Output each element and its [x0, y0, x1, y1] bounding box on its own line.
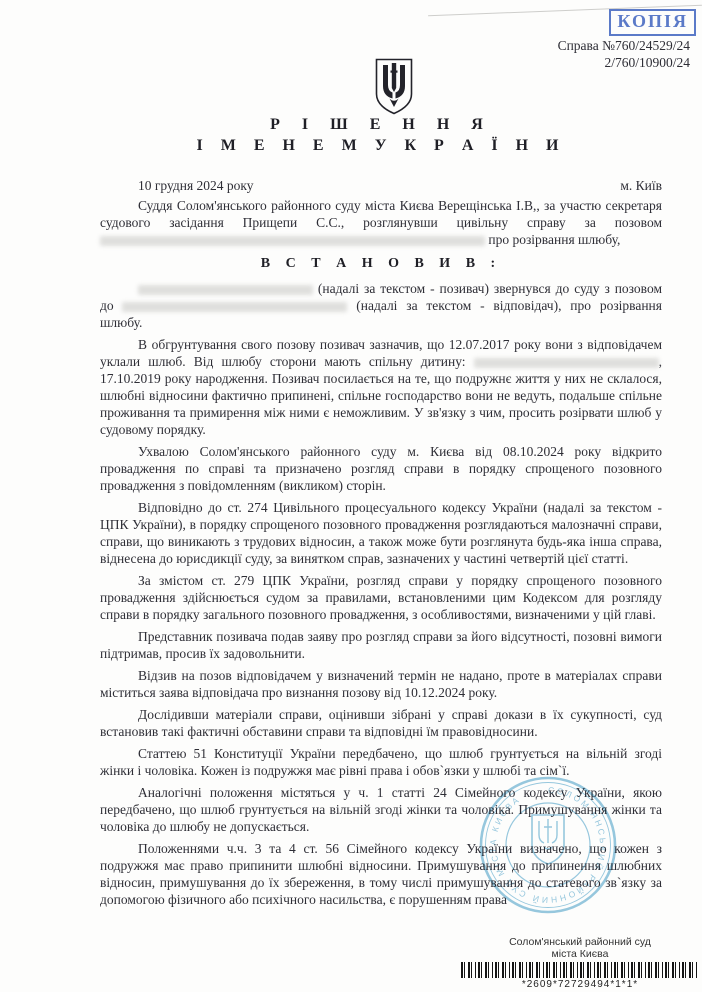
body-paragraph: Ухвалою Солом'янського районного суду м.…: [100, 443, 662, 494]
redacted-name: [122, 302, 347, 312]
title-decision: Р І Ш Е Н Н Я: [100, 116, 662, 134]
case-numbers: Справа №760/24529/24 2/760/10900/24: [558, 37, 690, 71]
redacted-name: [474, 358, 659, 368]
redacted-name: [100, 236, 485, 246]
body-paragraph: В обгрунтування свого позову позивач заз…: [100, 336, 662, 438]
ukraine-trident-emblem-icon: [374, 58, 414, 120]
body-paragraph: (надалі за текстом - позивач) звернувся …: [100, 280, 662, 331]
date-row: 10 грудня 2024 року м. Київ: [100, 178, 662, 194]
copy-stamp: КОПІЯ: [609, 9, 696, 36]
heading-established: В С Т А Н О В И В :: [100, 255, 662, 272]
footer-court-name-line2: міста Києва: [452, 948, 702, 960]
barcode: [461, 962, 699, 978]
body-paragraph: Дослідивши матеріали справи, оцінивши зі…: [100, 706, 662, 740]
footer-court-name-line1: Солом'янський районний суд: [452, 936, 702, 948]
body-paragraph: За змістом ст. 279 ЦПК України, розгляд …: [100, 572, 662, 623]
decision-date: 10 грудня 2024 року: [100, 178, 254, 194]
court-decision-page: КОПІЯ Справа №760/24529/24 2/760/10900/2…: [0, 0, 702, 992]
barcode-number: *2609*72729494*1*1*: [452, 979, 702, 990]
case-number-secondary: 2/760/10900/24: [558, 54, 690, 71]
document-body: Суддя Солом'янського районного суду міст…: [100, 197, 662, 913]
body-paragraph: Суддя Солом'янського районного суду міст…: [100, 197, 662, 248]
body-paragraph: Відзив на позов відповідачем у визначени…: [100, 667, 662, 701]
body-paragraph: Положеннями ч.ч. 3 та 4 ст. 56 Сімейного…: [100, 840, 662, 908]
body-paragraph: Відповідно до ст. 274 Цивільного процесу…: [100, 499, 662, 567]
redacted-name: [138, 285, 313, 295]
body-paragraph: Статтею 51 Конституції України передбаче…: [100, 745, 662, 779]
body-paragraph: Аналогічні положення містяться у ч. 1 ст…: [100, 784, 662, 835]
case-number-primary: Справа №760/24529/24: [558, 37, 690, 54]
document-title: Р І Ш Е Н Н Я І М Е Н Е М У К Р А Ї Н И: [100, 116, 662, 155]
footer-barcode-block: Солом'янський районний суд міста Києва *…: [452, 936, 702, 990]
body-paragraph: Представник позивача подав заяву про роз…: [100, 628, 662, 662]
decision-city: м. Київ: [620, 178, 662, 194]
title-in-the-name-of-ukraine: І М Е Н Е М У К Р А Ї Н И: [100, 137, 662, 155]
